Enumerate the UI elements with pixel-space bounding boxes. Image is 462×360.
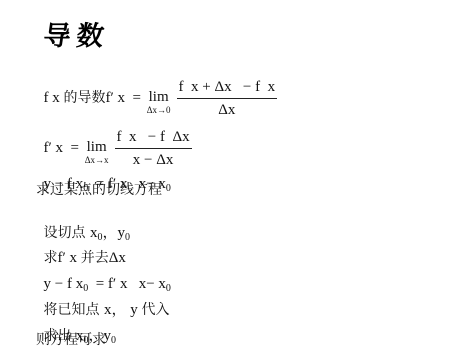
- numerator: f x + Δx − f x: [177, 78, 278, 99]
- expr: f x: [44, 90, 64, 106]
- numerator: f x − f Δx: [115, 128, 192, 149]
- page-title: 导数: [41, 14, 112, 53]
- expr: f′ x =: [106, 90, 145, 106]
- subscript: 0: [166, 183, 171, 194]
- step-heading: 求过某点的切线方程: [36, 181, 162, 199]
- label: 代入: [141, 302, 169, 318]
- expr: f′ x =: [44, 140, 83, 156]
- label: 的导数: [64, 90, 106, 106]
- lim-word: lim: [147, 90, 171, 105]
- step-conclusion: 则方程可求: [36, 331, 106, 349]
- lim-word: lim: [85, 140, 109, 155]
- subscript: 0: [111, 335, 116, 346]
